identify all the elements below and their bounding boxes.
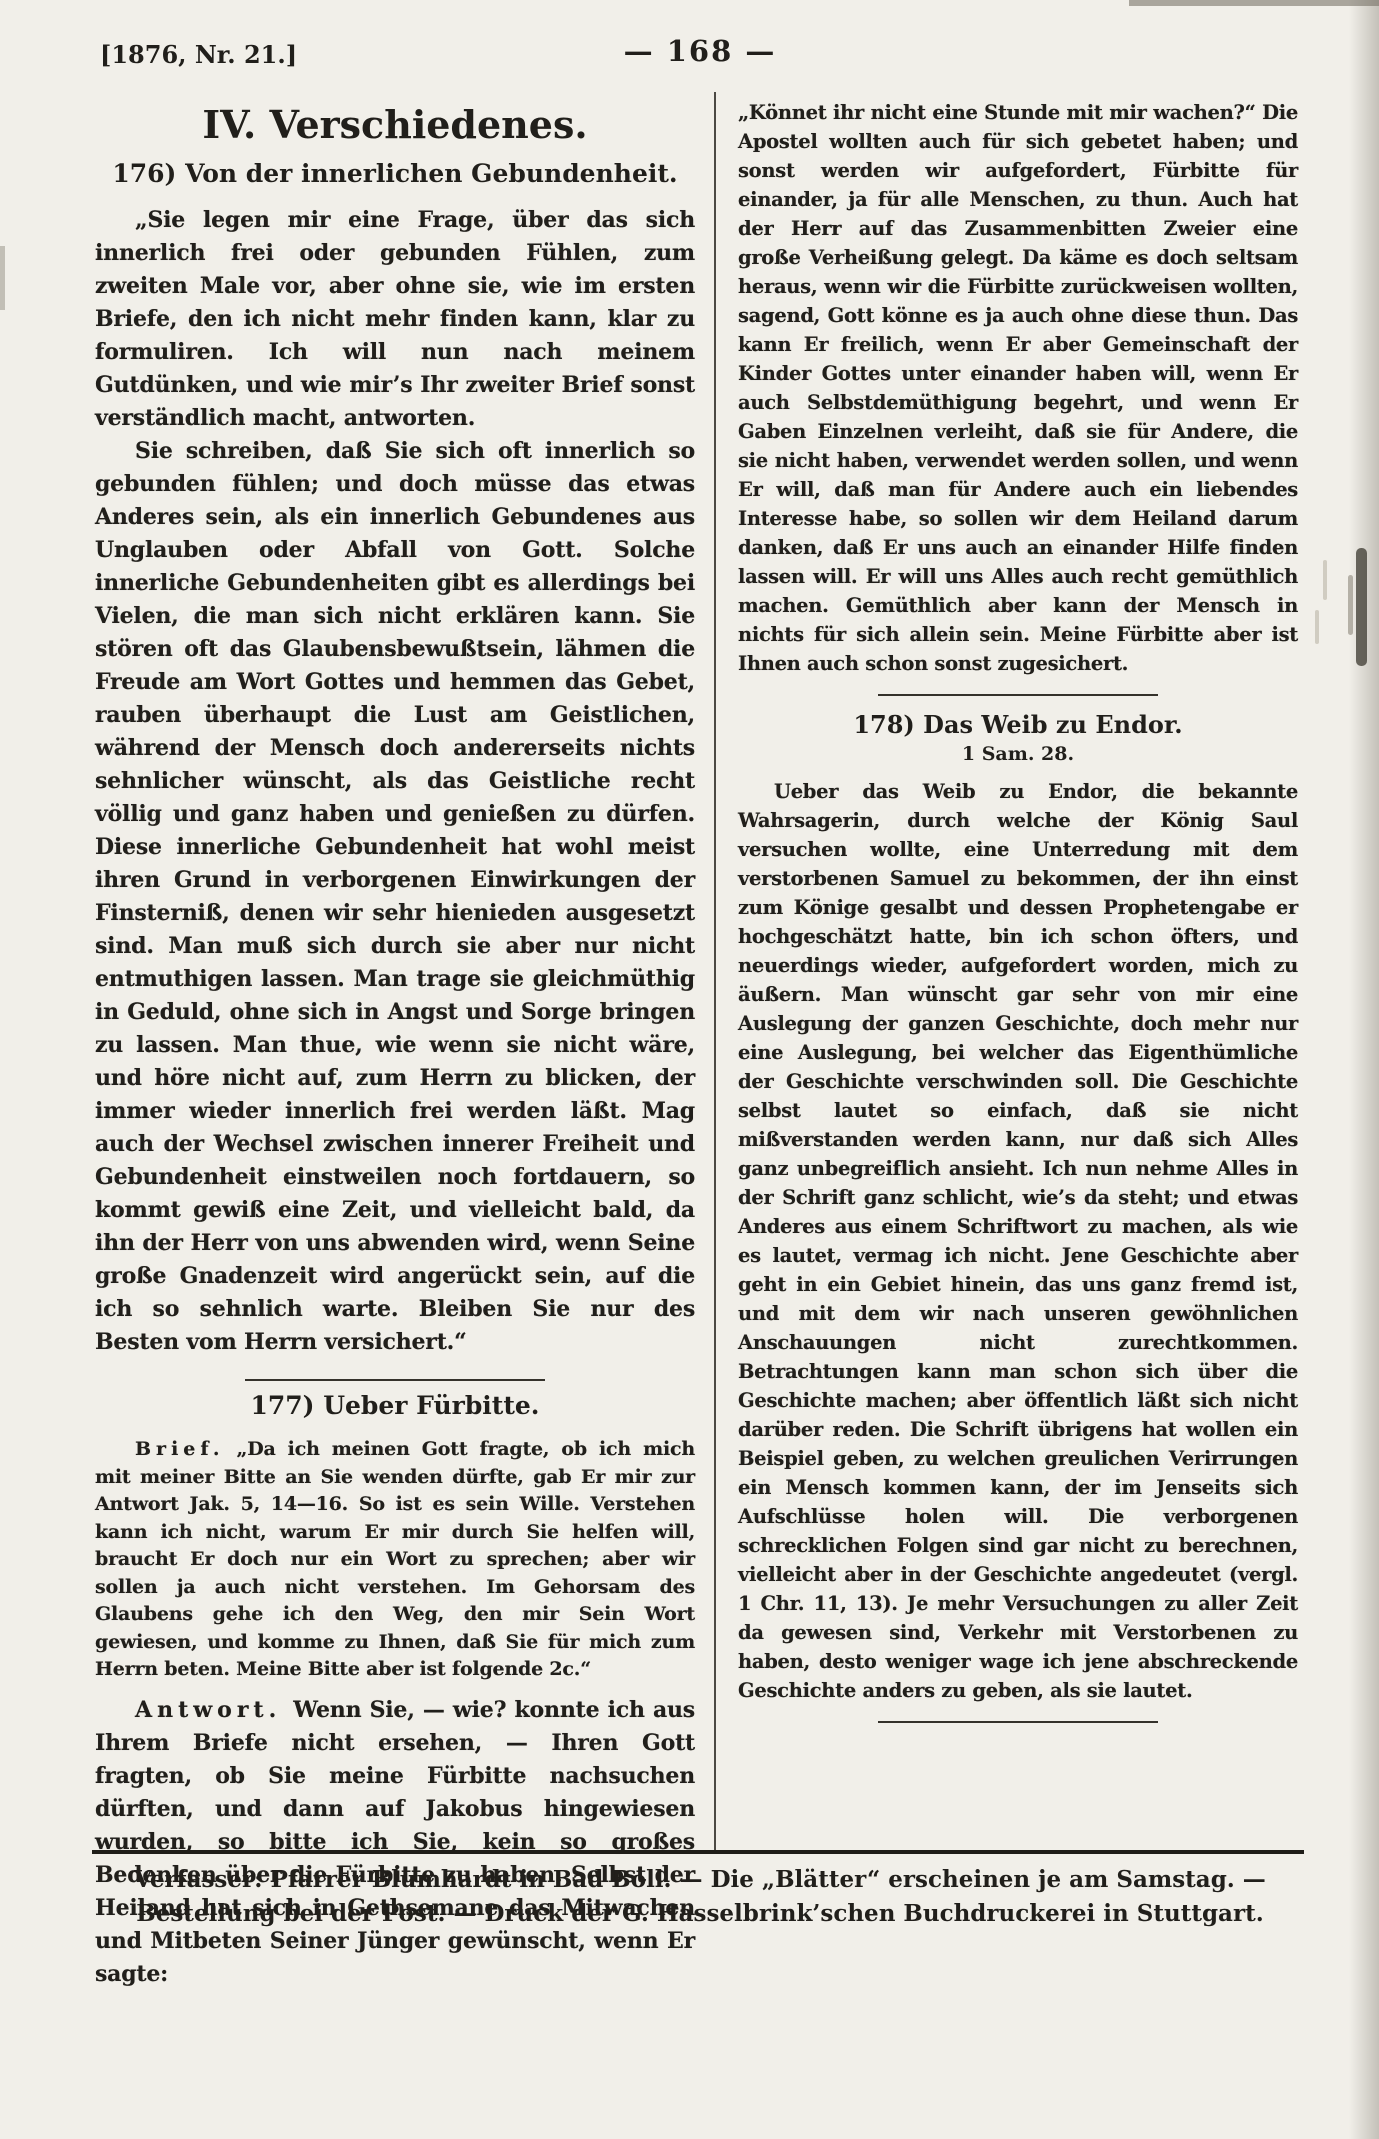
article-176-title: 176) Von der innerlichen Gebundenheit. <box>95 159 695 188</box>
article-178-scripture-reference: 1 Sam. 28. <box>738 743 1298 765</box>
right-column: „Könnet ihr nicht eine Stunde mit mir wa… <box>738 98 1298 1731</box>
article-176-paragraph: Sie schreiben, daß Sie sich oft innerlic… <box>95 435 695 1359</box>
issue-label: [1876, Nr. 21.] <box>100 40 297 69</box>
ink-bleed-mark <box>1315 610 1319 644</box>
left-column: IV. Verschiedenes. 176) Von der innerlic… <box>95 98 695 1991</box>
article-178-title: 178) Das Weib zu Endor. <box>738 710 1298 739</box>
article-176-paragraph: „Sie legen mir eine Frage, über das sich… <box>95 204 695 435</box>
brief-text: „Da ich meinen Gott fragte, ob ich mich … <box>95 1438 695 1680</box>
footer-rule <box>92 1850 1304 1854</box>
page-number: — 168 — <box>540 34 860 68</box>
scan-smudge <box>1356 548 1367 666</box>
section-separator-rule <box>878 694 1158 696</box>
section-separator-rule <box>245 1379 545 1381</box>
scan-edge-streak <box>1129 0 1379 6</box>
brief-label: Brief. <box>135 1438 225 1460</box>
column-divider-rule <box>714 92 716 1850</box>
antwort-label: Antwort. <box>135 1697 281 1723</box>
article-177-continuation: „Könnet ihr nicht eine Stunde mit mir wa… <box>738 98 1298 678</box>
article-177-antwort-paragraph: Antwort.Wenn Sie, — wie? konnte ich aus … <box>95 1694 695 1991</box>
footer-publisher-line: Verfasser: Pfarrer Blumhardt in Bad Boll… <box>95 1866 1305 1893</box>
footer-printer-line: Bestellung bei der Post. — Druck der G. … <box>95 1900 1305 1927</box>
scan-smudge <box>1348 575 1353 635</box>
scan-edge-shadow <box>1349 0 1379 2139</box>
antwort-text: Wenn Sie, — wie? konnte ich aus Ihrem Br… <box>95 1697 695 1987</box>
section-title: IV. Verschiedenes. <box>95 102 695 147</box>
article-177-title: 177) Ueber Fürbitte. <box>95 1391 695 1420</box>
article-177-brief-paragraph: Brief.„Da ich meinen Gott fragte, ob ich… <box>95 1436 695 1684</box>
article-178-paragraph: Ueber das Weib zu Endor, die bekannte Wa… <box>738 777 1298 1705</box>
ink-bleed-mark <box>1323 560 1327 600</box>
section-separator-rule <box>878 1721 1158 1723</box>
scanned-document-page: [1876, Nr. 21.] — 168 — IV. Verschiedene… <box>0 0 1379 2139</box>
scan-smudge <box>0 246 5 310</box>
